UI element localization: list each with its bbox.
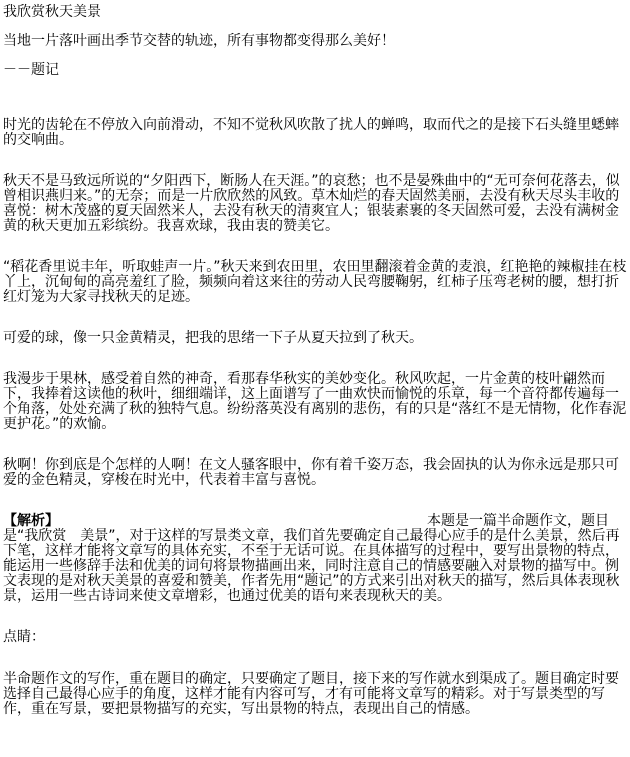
analysis-paragraph: 【解析】本题是一篇半命题作文，题目是“我欣赏 美景”，对于这样的写景类文章，我们… <box>3 514 627 604</box>
essay-paragraph-3: “稻花香里说丰年，听取蛙声一片。”秋天来到农田里，农田里翻滚着金黄的麦浪，红艳艳… <box>3 260 627 305</box>
essay-paragraph-4: 可爱的球，像一只金黄精灵，把我的思绪一下子从夏天拉到了秋天。 <box>3 331 627 346</box>
essay-paragraph-2: 秋天不是马致远所说的“夕阳西下，断肠人在天涯。”的哀愁；也不是晏殊曲中的“无可奈… <box>3 174 627 234</box>
essay-paragraph-6: 秋啊！你到底是个怎样的人啊！在文人骚客眼中，你有着千姿万态，我会固执的认为你永远… <box>3 458 627 488</box>
essay-paragraph-5: 我漫步于果林，感受着自然的神奇，看那春华秋实的美妙变化。秋风吹起，一片金黄的枝叶… <box>3 372 627 432</box>
comment-label: 点睛： <box>3 630 627 645</box>
essay-epigraph: 当地一片落叶画出季节交替的轨迹，所有事物都变得那么美好！ <box>3 34 627 49</box>
comment-text: 半命题作文的写作，重在题目的确定，只要确定了题目，接下来的写作就水到渠成了。题目… <box>3 672 627 717</box>
essay-title: 我欣赏秋天美景 <box>3 5 627 20</box>
analysis-text: 本题是一篇半命题作文，题目是“我欣赏 美景”，对于这样的写景类文章，我们首先要确… <box>3 513 620 604</box>
essay-paragraph-1: 时光的齿轮在不停放入向前滑动，不知不觉秋风吹散了扰人的蝉鸣，取而代之的是接下石头… <box>3 118 627 148</box>
analysis-spacer <box>59 524 427 525</box>
analysis-label: 【解析】 <box>3 513 59 529</box>
essay-epigraph-attribution: －－题记 <box>3 63 627 78</box>
document-page: 我欣赏秋天美景 当地一片落叶画出季节交替的轨迹，所有事物都变得那么美好！ －－题… <box>0 0 630 757</box>
